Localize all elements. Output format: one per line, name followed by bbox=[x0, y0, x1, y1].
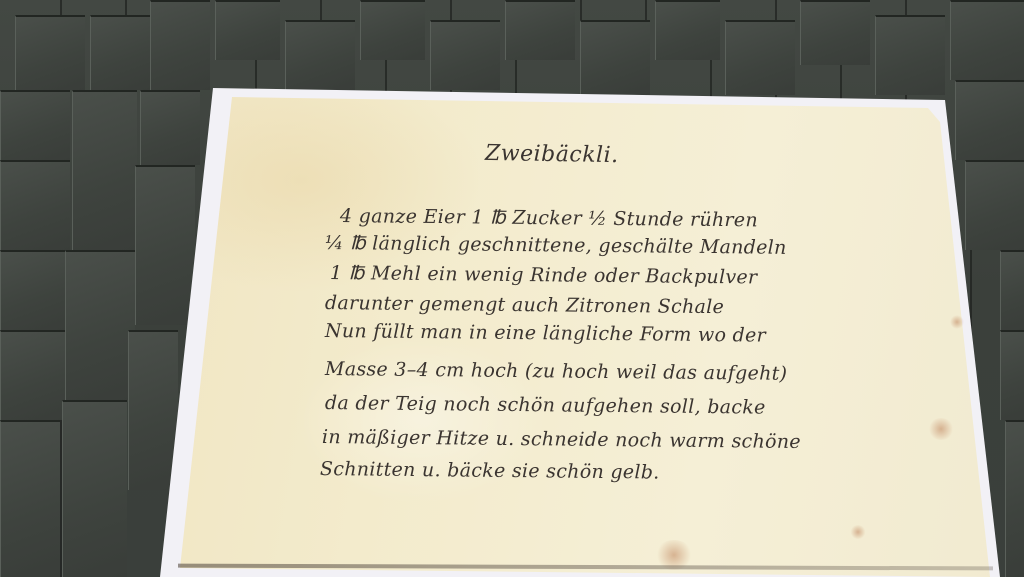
recipe-line: Schnitten u. bäcke sie schön gelb. bbox=[320, 458, 660, 484]
recipe-line: 4 ganze Eier 1 ℔ Zucker ½ Stunde rühren bbox=[340, 205, 758, 231]
handwritten-recipe: Zweibäckli. 4 ganze Eier 1 ℔ Zucker ½ St… bbox=[0, 0, 1024, 577]
recipe-line: ¼ ℔ länglich geschnittene, geschälte Man… bbox=[325, 232, 787, 259]
recipe-line: da der Teig noch schön aufgehen soll, ba… bbox=[325, 392, 766, 419]
recipe-line: Masse 3–4 cm hoch (zu hoch weil das aufg… bbox=[325, 358, 788, 385]
recipe-line: Nun füllt man in eine längliche Form wo … bbox=[325, 320, 766, 347]
recipe-line: 1 ℔ Mehl ein wenig Rinde oder Backpulver bbox=[330, 262, 758, 288]
recipe-line: darunter gemengt auch Zitronen Schale bbox=[325, 292, 724, 318]
photo-scene: Zweibäckli. 4 ganze Eier 1 ℔ Zucker ½ St… bbox=[0, 0, 1024, 577]
recipe-title: Zweibäckli. bbox=[485, 141, 619, 168]
recipe-line: in mäßiger Hitze u. schneide noch warm s… bbox=[322, 426, 801, 453]
